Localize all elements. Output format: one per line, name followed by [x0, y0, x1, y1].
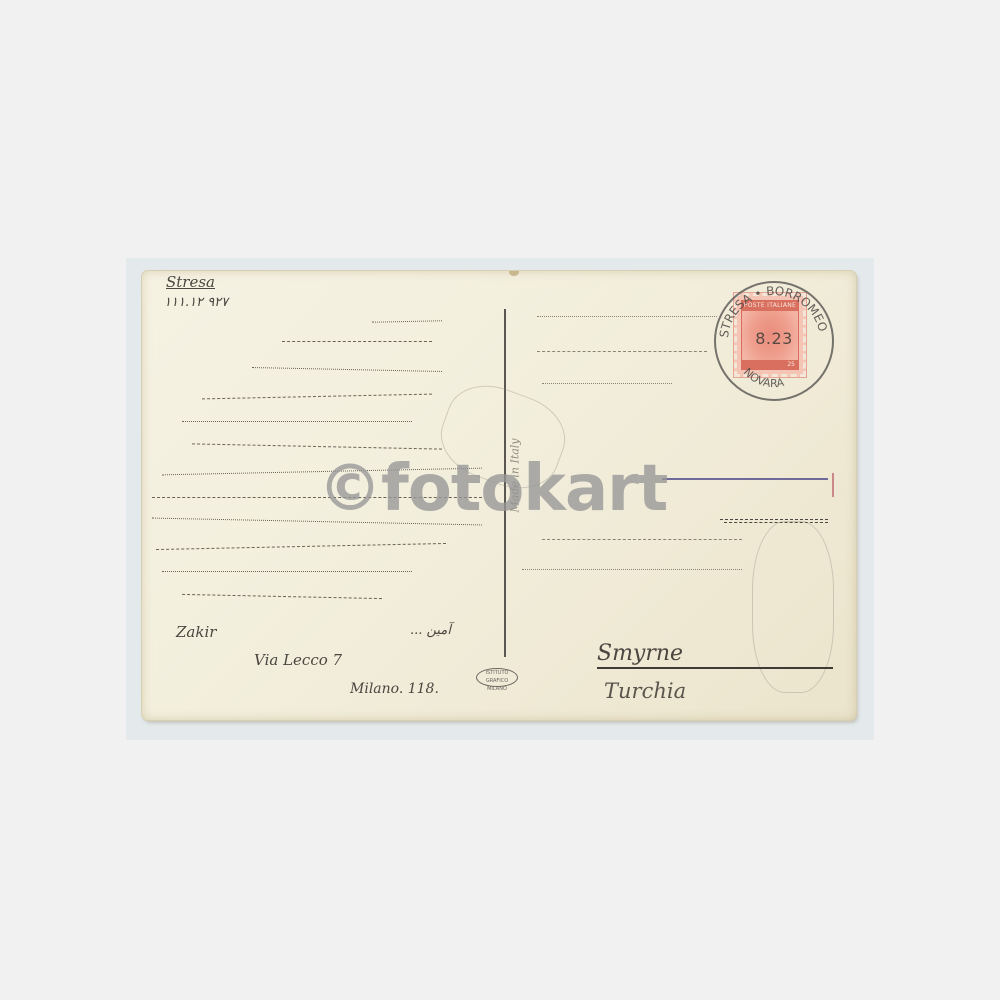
card-notch [509, 271, 519, 276]
strikethrough-mark [662, 478, 828, 480]
red-pencil-mark [832, 473, 834, 497]
postmark-date: 8.23 [744, 329, 804, 348]
ottoman-address-line [537, 351, 707, 352]
publisher-logo-text: ISTITUTO GRAFICO MILANO [486, 670, 509, 692]
postmark: STRESA • BORROMEO NOVARA 8.23 [714, 281, 834, 401]
ottoman-script-line [162, 571, 412, 572]
ottoman-script-line [252, 367, 442, 372]
ottoman-script-line [156, 543, 446, 550]
destination-country: Turchia [604, 679, 686, 703]
ottoman-script-line [182, 594, 382, 599]
postmark-bottom-label: NOVARA [741, 366, 786, 391]
place-header: Stresa [166, 273, 215, 291]
return-address-street: Via Lecco 7 [254, 651, 342, 669]
ottoman-script-line [282, 341, 432, 342]
ottoman-script-line [372, 320, 442, 322]
ottoman-address-line [537, 316, 717, 317]
return-address-city: Milano. 118. [350, 681, 439, 697]
address-rule [720, 519, 828, 520]
ottoman-address-line [522, 569, 742, 570]
ottoman-script-line [182, 421, 412, 422]
date-header: ٩٢٧ ١١١.١٢ [164, 295, 228, 310]
signature: Zakir [176, 623, 216, 641]
city-underline [597, 667, 833, 669]
ottoman-script-line [192, 443, 442, 449]
watermark: ©fotokart [318, 457, 667, 521]
svg-text:NOVARA: NOVARA [741, 366, 786, 391]
ottoman-address-line [542, 539, 742, 540]
destination-city: Smyrne [597, 641, 683, 666]
publisher-logo: ISTITUTO GRAFICO MILANO [476, 668, 518, 687]
ottoman-script-line [202, 394, 432, 400]
closing-text: ... آمين [410, 623, 451, 638]
ottoman-address-line [542, 383, 672, 384]
